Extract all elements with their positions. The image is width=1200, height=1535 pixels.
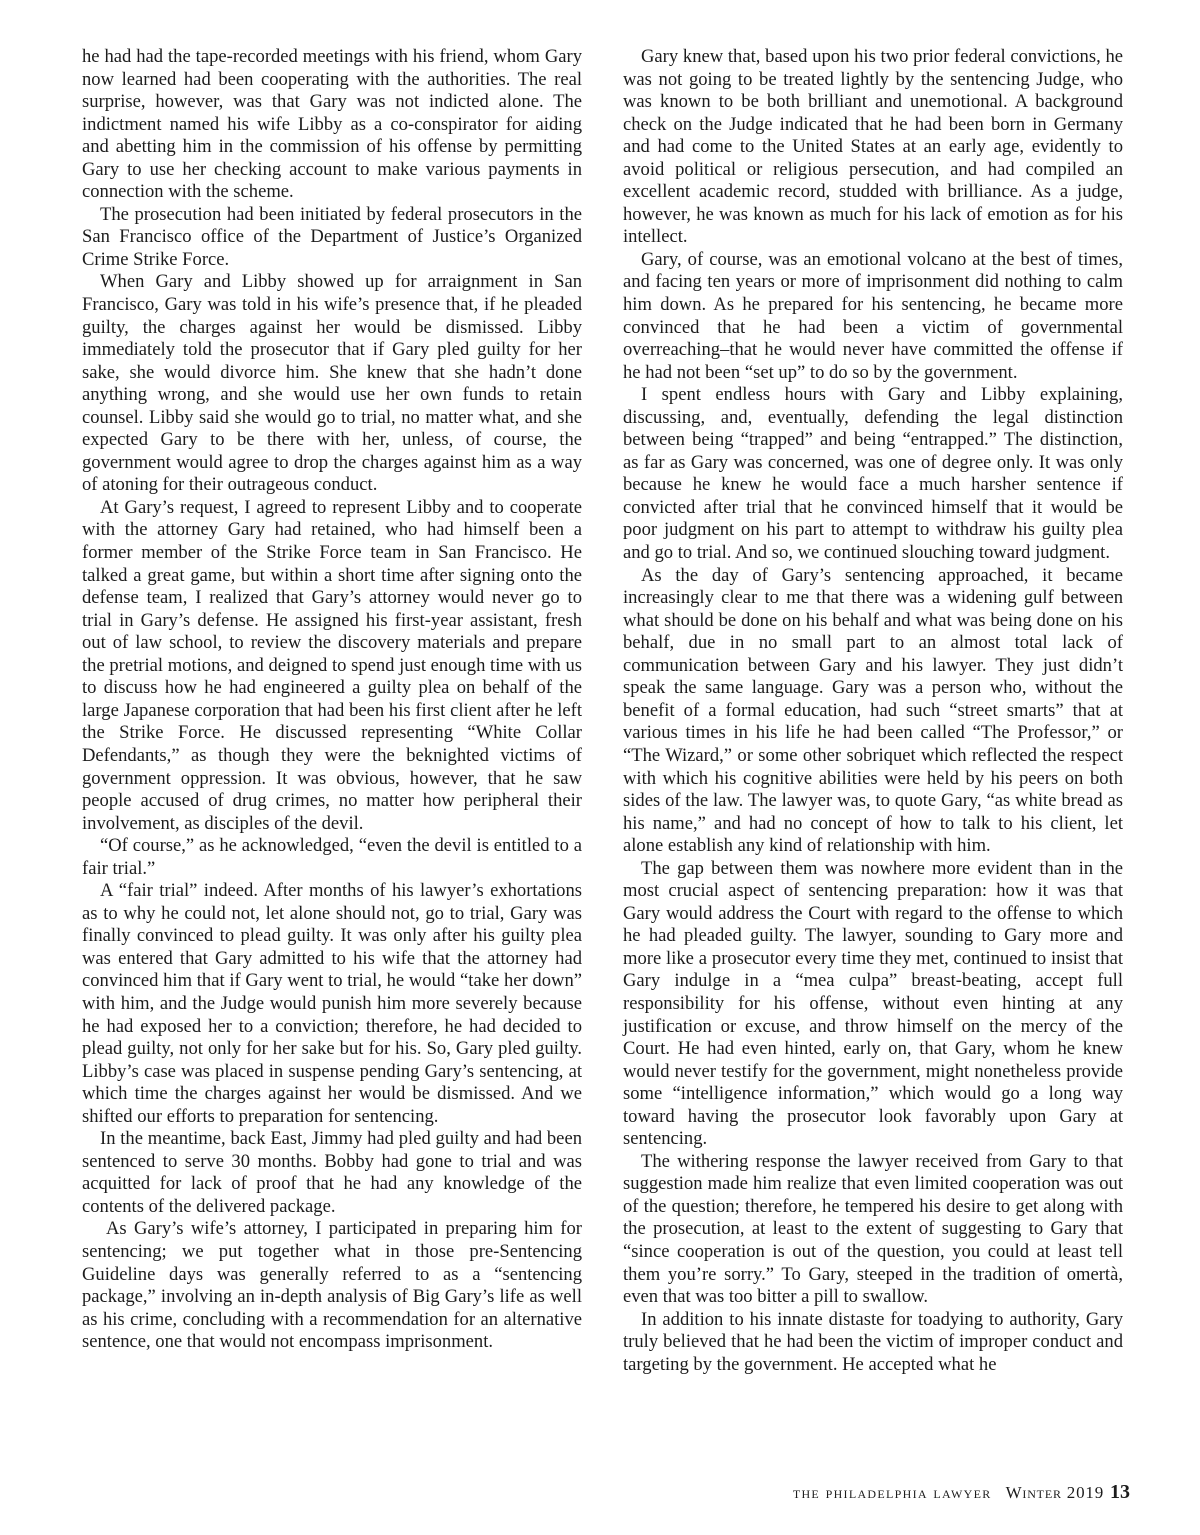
page-footer: The Philadelphia Lawyer Winter 2019 13: [793, 1481, 1130, 1505]
paragraph: I spent endless hours with Gary and Libb…: [623, 384, 1123, 564]
paragraph: he had had the tape-recorded meetings wi…: [82, 46, 582, 204]
paragraph: As Gary’s wife’s attorney, I participate…: [82, 1218, 582, 1353]
paragraph: “Of course,” as he acknowledged, “even t…: [82, 835, 582, 880]
paragraph: Gary, of course, was an emotional volcan…: [623, 249, 1123, 384]
paragraph: The prosecution had been initiated by fe…: [82, 204, 582, 272]
right-column: Gary knew that, based upon his two prior…: [623, 46, 1123, 1376]
publication-name: The Philadelphia Lawyer: [793, 1483, 992, 1503]
paragraph: The withering response the lawyer receiv…: [623, 1151, 1123, 1309]
paragraph: The gap between them was nowhere more ev…: [623, 858, 1123, 1151]
paragraph: In the meantime, back East, Jimmy had pl…: [82, 1128, 582, 1218]
paragraph: In addition to his innate distaste for t…: [623, 1309, 1123, 1377]
paragraph: As the day of Gary’s sentencing approach…: [623, 565, 1123, 858]
paragraph: When Gary and Libby showed up for arraig…: [82, 271, 582, 496]
paragraph: At Gary’s request, I agreed to represent…: [82, 497, 582, 835]
left-column: he had had the tape-recorded meetings wi…: [82, 46, 582, 1354]
issue-label: Winter 2019: [1006, 1483, 1104, 1503]
paragraph: A “fair trial” indeed. After months of h…: [82, 880, 582, 1128]
page-number: 13: [1110, 1481, 1130, 1504]
paragraph: Gary knew that, based upon his two prior…: [623, 46, 1123, 249]
magazine-page: he had had the tape-recorded meetings wi…: [0, 0, 1200, 1535]
